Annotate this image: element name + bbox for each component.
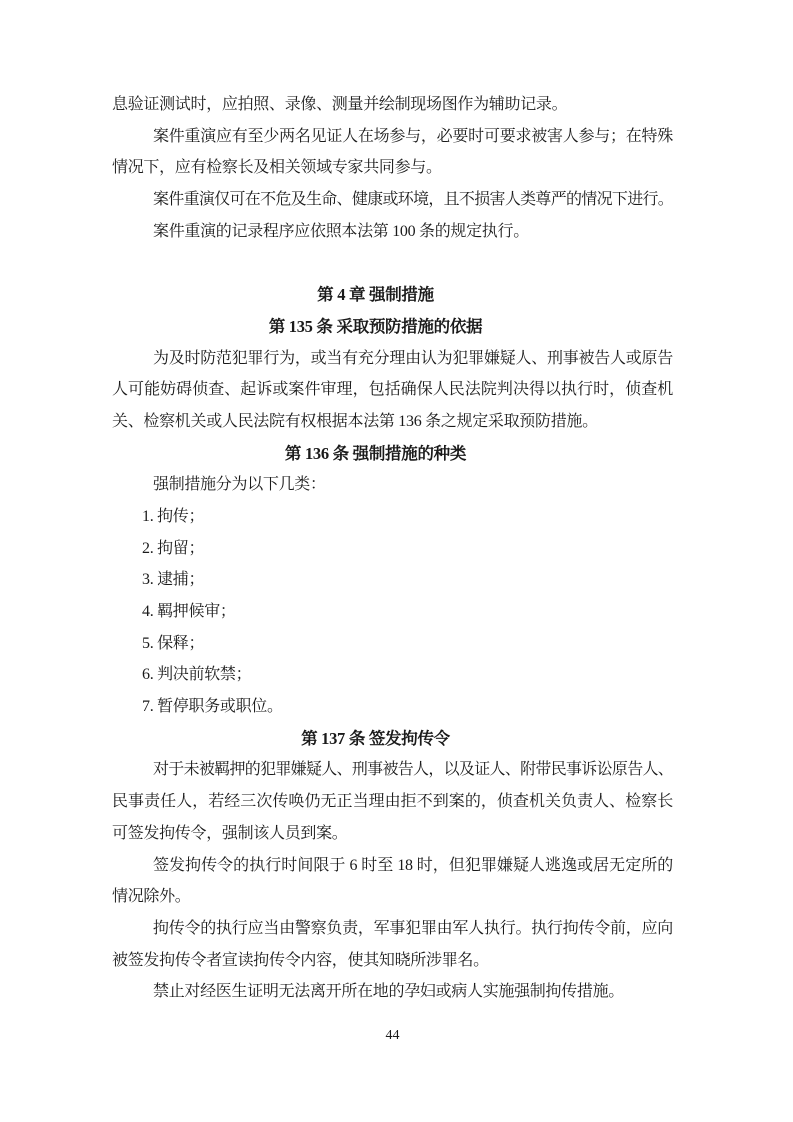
text-line: 拘传令的执行应当由警察负责，军事犯罪由军人执行。执行拘传令前，应向: [112, 913, 673, 945]
text-line: 息验证测试时，应拍照、录像、测量并绘制现场图作为辅助记录。: [112, 89, 673, 121]
page-number: 44: [112, 1026, 673, 1046]
document-body: 息验证测试时，应拍照、录像、测量并绘制现场图作为辅助记录。案件重演应有至少两名见…: [112, 89, 673, 1008]
text-line: 案件重演的记录程序应依照本法第 100 条的规定执行。: [112, 216, 673, 248]
text-line: 5. 保释；: [112, 628, 673, 660]
text-line: 民事责任人，若经三次传唤仍无正当理由拒不到案的，侦查机关负责人、检察长: [112, 786, 673, 818]
text-line: 禁止对经医生证明无法离开所在地的孕妇或病人实施强制拘传措施。: [112, 976, 673, 1008]
document-page: 息验证测试时，应拍照、录像、测量并绘制现场图作为辅助记录。案件重演应有至少两名见…: [0, 0, 793, 1122]
text-line: 2. 拘留；: [112, 533, 673, 565]
text-line: 3. 逮捕；: [112, 564, 673, 596]
text-line: 案件重演仅可在不危及生命、健康或环境，且不损害人类尊严的情况下进行。: [112, 184, 673, 216]
text-line: 为及时防范犯罪行为，或当有充分理由认为犯罪嫌疑人、刑事被告人或原告: [112, 343, 673, 375]
article-heading: 第 135 条 采取预防措施的依据: [112, 311, 673, 343]
blank-line: [112, 247, 673, 279]
text-line: 人可能妨碍侦查、起诉或案件审理，包括确保人民法院判决得以执行时，侦查机: [112, 374, 673, 406]
text-line: 情况下，应有检察长及相关领域专家共同参与。: [112, 152, 673, 184]
text-line: 情况除外。: [112, 881, 673, 913]
chapter-heading: 第 4 章 强制措施: [112, 279, 673, 311]
text-line: 对于未被羁押的犯罪嫌疑人、刑事被告人，以及证人、附带民事诉讼原告人、: [112, 754, 673, 786]
text-line: 可签发拘传令，强制该人员到案。: [112, 818, 673, 850]
text-line: 7. 暂停职务或职位。: [112, 691, 673, 723]
text-line: 1. 拘传；: [112, 501, 673, 533]
text-line: 关、检察机关或人民法院有权根据本法第 136 条之规定采取预防措施。: [112, 406, 673, 438]
article-heading: 第 136 条 强制措施的种类: [112, 438, 673, 470]
text-line: 6. 判决前软禁；: [112, 659, 673, 691]
text-line: 被签发拘传令者宣读拘传令内容，使其知晓所涉罪名。: [112, 945, 673, 977]
article-heading: 第 137 条 签发拘传令: [112, 723, 673, 755]
text-line: 签发拘传令的执行时间限于 6 时至 18 时，但犯罪嫌疑人逃逸或居无定所的: [112, 850, 673, 882]
text-line: 案件重演应有至少两名见证人在场参与，必要时可要求被害人参与；在特殊: [112, 121, 673, 153]
text-line: 强制措施分为以下几类：: [112, 469, 673, 501]
text-line: 4. 羁押候审；: [112, 596, 673, 628]
